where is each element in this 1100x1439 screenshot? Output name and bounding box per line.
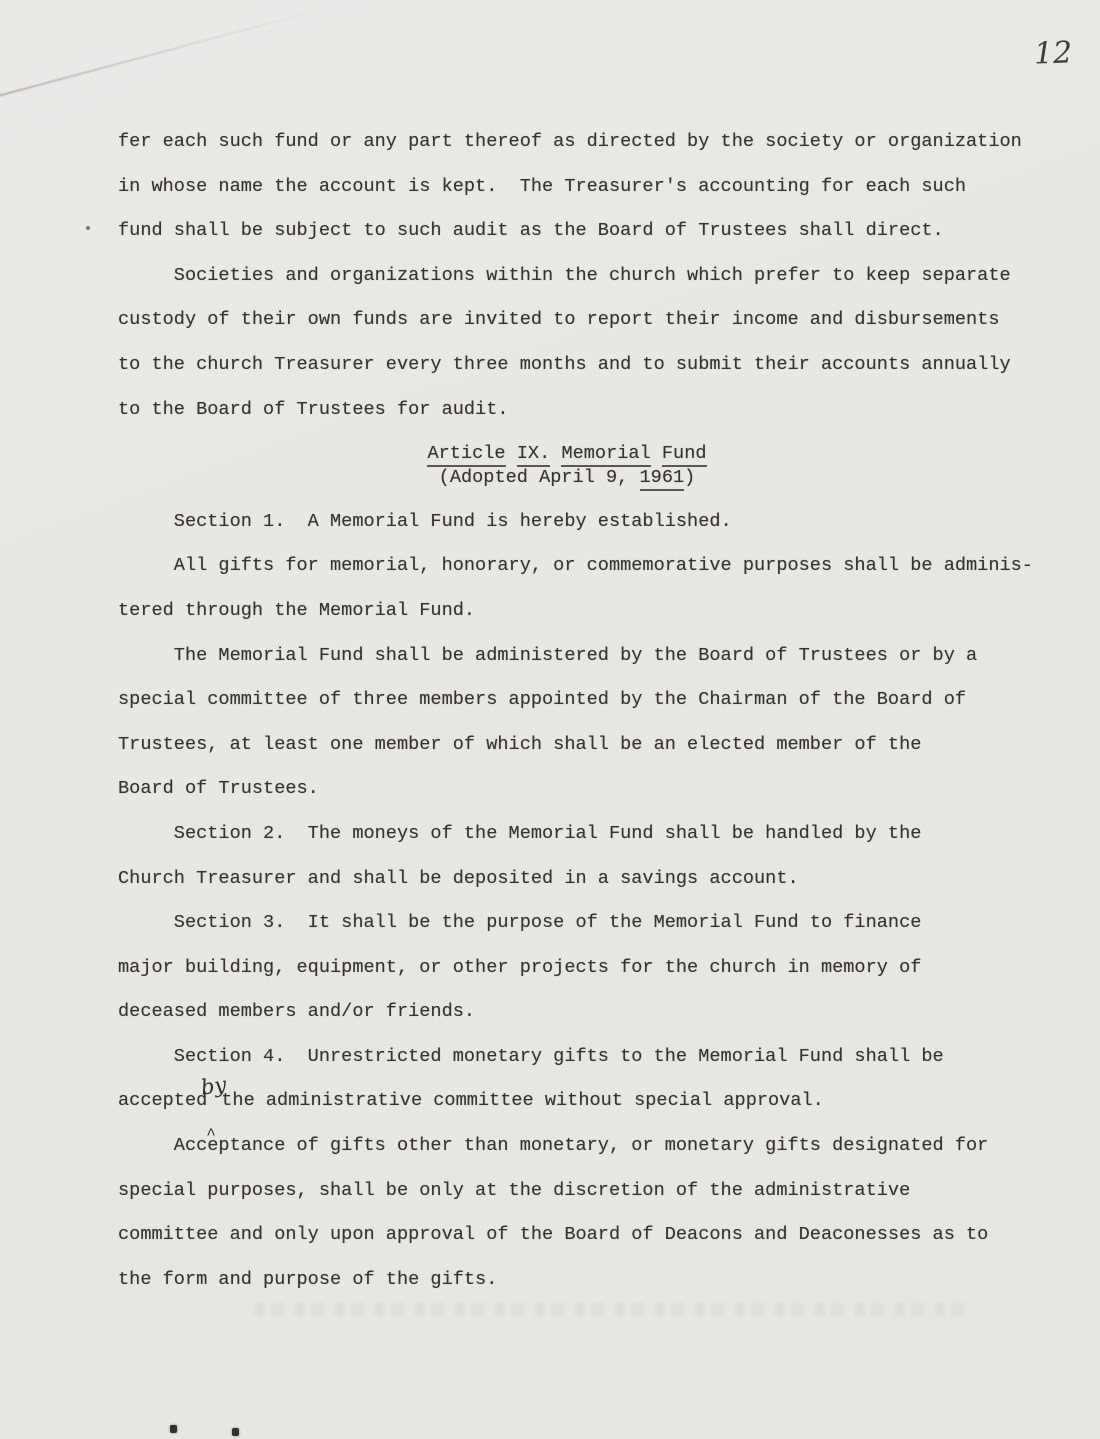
- typed-line: special purposes, shall be only at the d…: [118, 1169, 1048, 1214]
- typed-line: Section 2. The moneys of the Memorial Fu…: [118, 812, 1048, 857]
- typed-text-body: fer each such fund or any part thereof a…: [118, 120, 1048, 1302]
- typed-line: the form and purpose of the gifts.: [118, 1258, 1048, 1303]
- typed-line: in whose name the account is kept. The T…: [118, 165, 1048, 210]
- typed-line: major building, equipment, or other proj…: [118, 946, 1048, 991]
- typed-line: committee and only upon approval of the …: [118, 1213, 1048, 1258]
- ink-mark: [170, 1425, 177, 1433]
- typed-line: Societies and organizations within the c…: [118, 254, 1048, 299]
- typed-line: to the Board of Trustees for audit.: [118, 388, 1048, 433]
- page-number: 12: [1033, 35, 1072, 71]
- typed-line: Acceptance of gifts other than monetary,…: [118, 1124, 1048, 1169]
- bleed-through-artifact: [255, 1303, 965, 1316]
- typed-line: The Memorial Fund shall be administered …: [118, 634, 1048, 679]
- insertion-caret: ^: [206, 1113, 216, 1158]
- scanned-document-page: 12 fer each such fund or any part thereo…: [0, 0, 1100, 1439]
- typed-line: special committee of three members appoi…: [118, 678, 1048, 723]
- paper-crease-artifact: [0, 11, 313, 98]
- insertion-point: by^: [207, 1104, 221, 1105]
- typed-line: Board of Trustees.: [118, 767, 1048, 812]
- typed-line: to the church Treasurer every three mont…: [118, 343, 1048, 388]
- heading-word: IX.: [517, 443, 550, 467]
- adoption-date-line: (Adopted April 9, 1961): [102, 466, 1032, 489]
- typed-line: tered through the Memorial Fund.: [118, 589, 1048, 634]
- adoption-date-close: ): [684, 467, 695, 488]
- typed-line: Section 3. It shall be the purpose of th…: [118, 901, 1048, 946]
- typed-line: Section 4. Unrestricted monetary gifts t…: [118, 1035, 1048, 1080]
- typed-text: the administrative committee without spe…: [221, 1090, 824, 1111]
- adoption-date-text: (Adopted April 9,: [439, 467, 640, 488]
- typed-line: fer each such fund or any part thereof a…: [118, 120, 1048, 165]
- typed-line: Trustees, at least one member of which s…: [118, 723, 1048, 768]
- typed-line: deceased members and/or friends.: [118, 990, 1048, 1035]
- typed-line: Church Treasurer and shall be deposited …: [118, 857, 1048, 902]
- ink-mark: [232, 1428, 239, 1436]
- typed-line: fund shall be subject to such audit as t…: [118, 209, 1048, 254]
- heading-word: Memorial: [561, 443, 650, 467]
- heading-word: Fund: [662, 443, 707, 467]
- typed-line-with-insertion: acceptedby^the administrative committee …: [118, 1079, 1048, 1124]
- typed-line: custody of their own funds are invited t…: [118, 298, 1048, 343]
- typed-line: All gifts for memorial, honorary, or com…: [118, 544, 1048, 589]
- adoption-year: 1961: [640, 467, 685, 491]
- typed-text: accepted: [118, 1090, 207, 1111]
- heading-word: Article: [427, 443, 505, 467]
- ink-speck: [86, 226, 90, 230]
- typed-line: Section 1. A Memorial Fund is hereby est…: [118, 500, 1048, 545]
